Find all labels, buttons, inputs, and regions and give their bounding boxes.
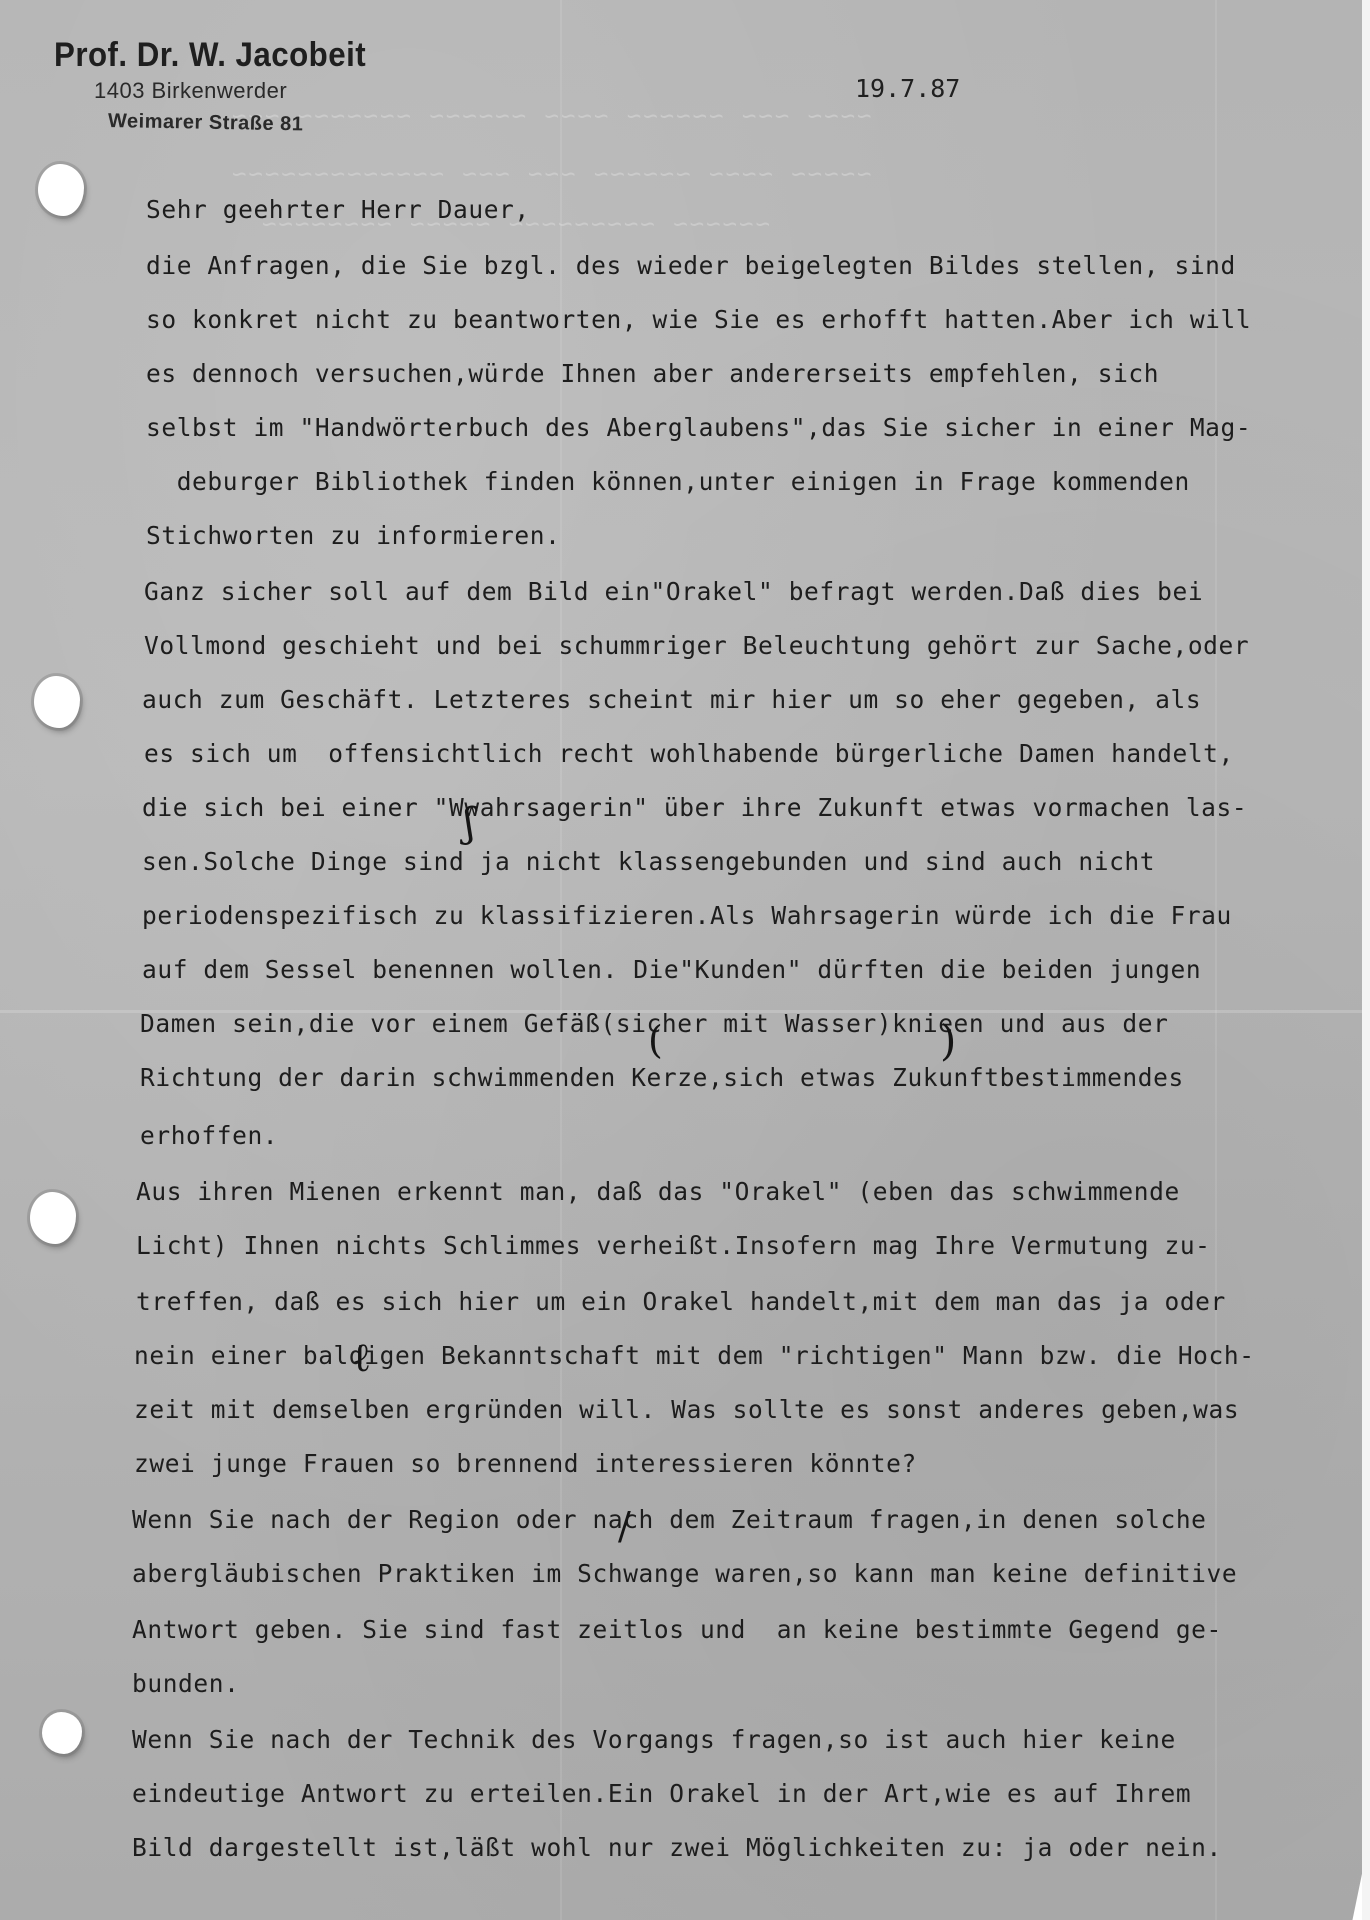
letter-line: Ganz sicher soll auf dem Bild ein"Orakel…	[144, 580, 1203, 605]
letter-line: so konkret nicht zu beantworten, wie Sie…	[146, 308, 1251, 333]
letterhead-street: Weimarer Straße 81	[108, 110, 304, 136]
letter-line: zeit mit demselben ergründen will. Was s…	[134, 1398, 1239, 1423]
handwritten-paren-open: (	[648, 1018, 663, 1062]
salutation: Sehr geehrter Herr Dauer,	[146, 198, 530, 223]
letter-line: auch zum Geschäft. Letzteres scheint mir…	[142, 688, 1201, 713]
letter-line: es sich um offensichtlich recht wohlhabe…	[144, 742, 1234, 767]
letter-line: sen.Solche Dinge sind ja nicht klassenge…	[142, 850, 1155, 875]
letter-line: treffen, daß es sich hier um ein Orakel …	[136, 1290, 1226, 1315]
paper-edge	[1362, 0, 1370, 1920]
letter-line: Vollmond geschieht und bei schummriger B…	[144, 634, 1249, 659]
letter-line: selbst im "Handwörterbuch des Aberglaube…	[146, 416, 1251, 441]
letter-line: eindeutige Antwort zu erteilen.Ein Orake…	[132, 1782, 1191, 1807]
letter-line: bunden.	[132, 1672, 239, 1697]
letterhead-city: 1403 Birkenwerder	[94, 78, 287, 104]
letter-date: 19.7.87	[855, 74, 960, 103]
letter-line: erhoffen.	[140, 1124, 278, 1149]
letter-line: periodenspezifisch zu klassifizieren.Als…	[142, 904, 1232, 929]
handwritten-paren-close: )	[940, 1016, 956, 1065]
letter-line: Licht) Ihnen nichts Schlimmes verheißt.I…	[136, 1234, 1211, 1259]
letter-line: auf dem Sessel benennen wollen. Die"Kund…	[142, 958, 1201, 983]
letterhead-name: Prof. Dr. W. Jacobeit	[54, 36, 366, 75]
handwritten-deletion-mark: ʃ	[464, 800, 475, 846]
punch-hole	[30, 1192, 76, 1244]
bleed-through-text: ~~~~ ~~~ ~~~~~~ ~~~~ ~~~~~~ ~~~~~~~ ~~~	[230, 102, 872, 130]
letter-line: es dennoch versuchen,würde Ihnen aber an…	[146, 362, 1159, 387]
letter-line: Wenn Sie nach der Technik des Vorgangs f…	[132, 1728, 1176, 1753]
letter-line: Richtung der darin schwimmenden Kerze,si…	[140, 1066, 1184, 1091]
handwritten-insert-mark: ℓ	[352, 1334, 371, 1381]
letter-line: Bild dargestellt ist,läßt wohl nur zwei …	[132, 1836, 1222, 1861]
letter-line: abergläubischen Praktiken im Schwange wa…	[132, 1562, 1237, 1587]
handwritten-slash-mark: /	[618, 1504, 631, 1548]
paper-sheet: ~~~~ ~~~ ~~~~~~ ~~~~ ~~~~~~ ~~~~~~~ ~~~ …	[0, 0, 1362, 1920]
letter-line: Wenn Sie nach der Region oder nach dem Z…	[132, 1508, 1207, 1533]
punch-hole	[38, 164, 84, 216]
punch-hole	[42, 1712, 82, 1754]
letter-line: Antwort geben. Sie sind fast zeitlos und…	[132, 1618, 1222, 1643]
letter-line: Stichworten zu informieren.	[146, 524, 560, 549]
letter-line: die sich bei einer "Wwahrsagerin" über i…	[142, 796, 1247, 821]
letter-line: deburger Bibliothek finden können,unter …	[146, 470, 1190, 495]
letter-line: zwei junge Frauen so brennend interessie…	[134, 1452, 917, 1477]
letter-line: nein einer baldigen Bekanntschaft mit de…	[134, 1344, 1255, 1369]
letter-line: die Anfragen, die Sie bzgl. des wieder b…	[146, 254, 1236, 279]
letter-line: Aus ihren Mienen erkennt man, daß das "O…	[136, 1180, 1180, 1205]
bleed-through-text: ~~~~~ ~~~~ ~~~~~~ ~~~ ~~~ ~~~~~~~~~~~~~	[230, 160, 872, 188]
punch-hole	[34, 676, 80, 728]
